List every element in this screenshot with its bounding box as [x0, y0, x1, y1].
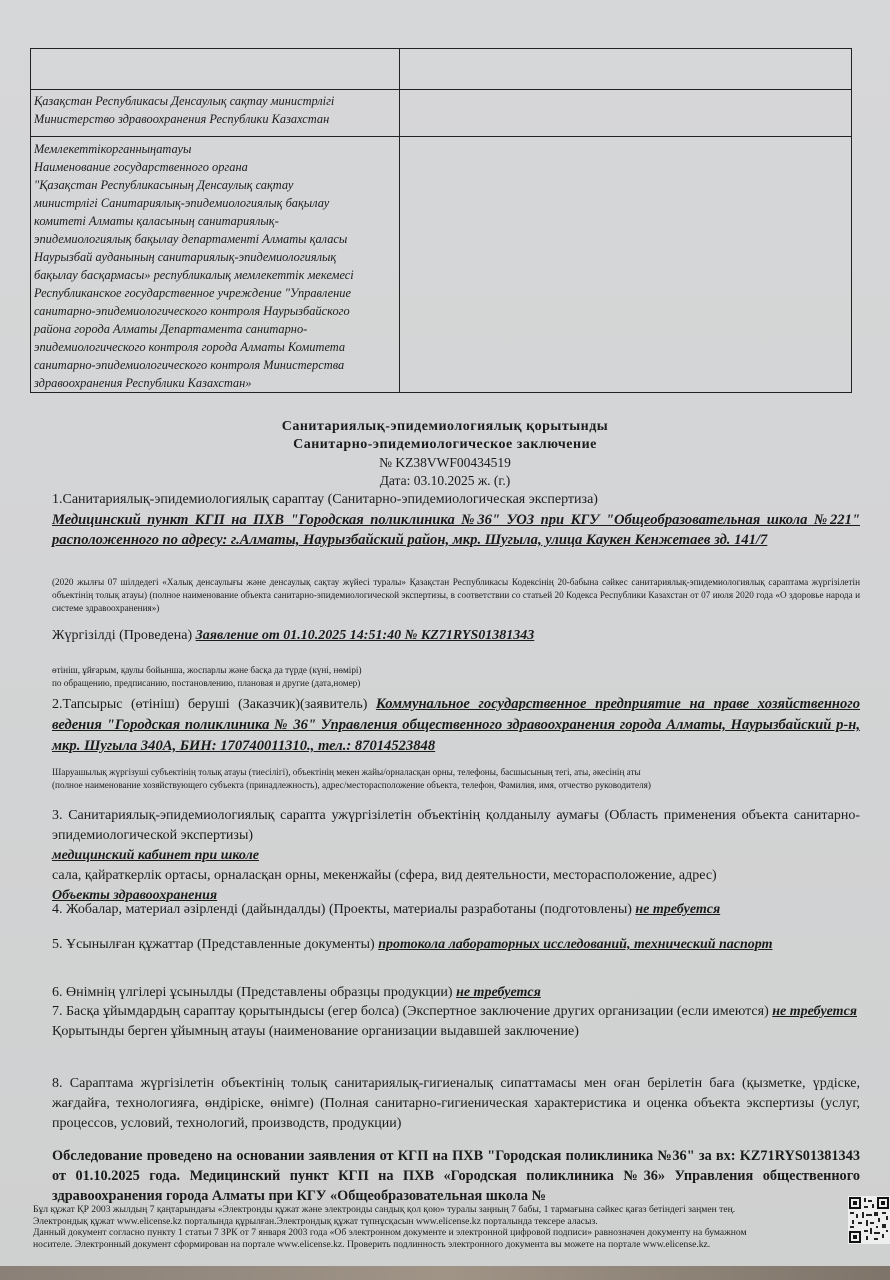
organ-name-line: "Қазақстан Республикасының Денсаулық сақ… — [34, 176, 396, 194]
section-5-label: 5. Ұсынылған құжаттар (Представленные до… — [52, 937, 375, 952]
title-ru: Санитарно-эпидемиологическое заключение — [0, 436, 890, 454]
organ-name-line: здравоохранения Республики Казахстан» — [34, 374, 396, 392]
footer-disclaimer: Бұл құжат ҚР 2003 жылдың 7 қаңтарындағы … — [33, 1204, 823, 1250]
section-5: 5. Ұсынылған құжаттар (Представленные до… — [52, 935, 860, 955]
organ-name-line: Наурызбай ауданының санитариялық-эпидеми… — [34, 248, 396, 266]
ministry-name-ru: Министерство здравоохранения Республики … — [34, 110, 396, 128]
section-1-label: 1.Санитариялық-эпидемиологиялық сараптау… — [52, 490, 860, 510]
ministry-name-kz: Қазақстан Республикасы Денсаулық сақтау … — [34, 92, 396, 110]
footer-line: Электрондық құжат www.elicense.kz портал… — [33, 1216, 823, 1228]
organ-name-line: эпидемиологиялық бақылау департаменті Ал… — [34, 230, 396, 248]
section-2: 2.Тапсырыс (өтініш) беруші (Заказчик)(за… — [52, 694, 860, 757]
section-2-label: 2.Тапсырыс (өтініш) беруші (Заказчик)(за… — [52, 697, 367, 712]
title-kz: Санитариялық-эпидемиологиялық қорытынды — [0, 418, 890, 436]
section-1-value: Медицинский пункт КГП на ПХВ "Городская … — [52, 510, 860, 550]
footer-line: Бұл құжат ҚР 2003 жылдың 7 қаңтарындағы … — [33, 1204, 823, 1216]
section-8-body: Обследование проведено на основании заяв… — [52, 1146, 860, 1206]
conducted-note-ru: по обращению, предписанию, постановлению… — [52, 677, 860, 690]
section-2-note-ru: (полное наименование хозяйствующего субъ… — [52, 779, 860, 792]
organ-name-line: района города Алматы Департамента санита… — [34, 320, 396, 338]
section-5-value: протокола лабораторных исследований, тех… — [378, 937, 772, 952]
document-page: Қазақстан Республикасы Денсаулық сақтау … — [0, 0, 890, 1268]
section-3-label: 3. Санитариялық-эпидемиологиялық сарапта… — [52, 806, 860, 846]
footer-line: Данный документ согласно пункту 1 статьи… — [33, 1227, 823, 1239]
section-7-label: 7. Басқа ұйымдардың сараптау қорытындысы… — [52, 1004, 769, 1019]
organ-label-kz: Мемлекеттікорганныңатауы — [34, 140, 396, 158]
conducted-value: Заявление от 01.10.2025 14:51:40 № KZ71R… — [196, 628, 535, 643]
section-2-note: Шаруашылық жүргізуші субъектінің толық а… — [52, 766, 860, 792]
section-3-value: медицинский кабинет при школе — [52, 846, 860, 866]
ministry-cell: Қазақстан Республикасы Денсаулық сақтау … — [31, 90, 400, 137]
section-2-note-kz: Шаруашылық жүргізуші субъектінің толық а… — [52, 766, 860, 779]
state-organ-cell: Мемлекеттікорганныңатауы Наименование го… — [31, 137, 400, 393]
section-3: 3. Санитариялық-эпидемиологиялық сарапта… — [52, 806, 860, 906]
organ-name-line: санитарно-эпидемиологического контроля Н… — [34, 302, 396, 320]
organ-name-line: бақылау басқармасы» республикалық мемлек… — [34, 266, 396, 284]
section-1: 1.Санитариялық-эпидемиологиялық сараптау… — [52, 490, 860, 550]
desk-surface — [0, 1266, 890, 1280]
section-6-value: не требуется — [456, 985, 541, 1000]
organ-name-line: Республиканское государственное учрежден… — [34, 284, 396, 302]
section-6-label: 6. Өнімнің үлгілері ұсынылды (Представле… — [52, 985, 453, 1000]
organ-name-line: эпидемиологического контроля города Алма… — [34, 338, 396, 356]
document-number: № KZ38VWF00434519 — [0, 454, 890, 472]
organ-name-line: комитеті Алматы қаласының санитариялық- — [34, 212, 396, 230]
section-4-label: 4. Жобалар, материал әзірленді (дайындал… — [52, 902, 632, 917]
section-4: 4. Жобалар, материал әзірленді (дайындал… — [52, 900, 860, 920]
organ-label-ru: Наименование государственного органа — [34, 158, 396, 176]
header-cell-top-left — [31, 49, 400, 90]
section-8-label: 8. Сараптама жүргізілетін объектінің тол… — [52, 1074, 860, 1134]
footer-line: носителе. Электронный документ сформиров… — [33, 1239, 823, 1251]
conducted-note-kz: өтініш, ұйғарым, қаулы бойынша, жоспарлы… — [52, 664, 860, 677]
section-4-value: не требуется — [635, 902, 720, 917]
section-1-note: (2020 жылғы 07 шілдедегі «Халық денсаулы… — [52, 576, 860, 615]
section-7-org-label: Қорытынды берген ұйымның атауы (наименов… — [52, 1022, 860, 1042]
header-table: Қазақстан Республикасы Денсаулық сақтау … — [30, 48, 852, 393]
section-7-value: не требуется — [772, 1004, 857, 1019]
conducted-note: өтініш, ұйғарым, қаулы бойынша, жоспарлы… — [52, 664, 860, 690]
section-8: 8. Сараптама жүргізілетін объектінің тол… — [52, 1074, 860, 1206]
document-title-block: Санитариялық-эпидемиологиялық қорытынды … — [0, 418, 890, 490]
organ-name-line: санитарно-эпидемиологического контроля М… — [34, 356, 396, 374]
conducted-row: Жүргізілді (Проведена) Заявление от 01.1… — [52, 626, 860, 646]
qr-code-icon — [848, 1196, 890, 1244]
header-cell-right-2 — [400, 90, 852, 137]
section-6: 6. Өнімнің үлгілері ұсынылды (Представле… — [52, 983, 860, 1003]
organ-name-line: министрлігі Санитариялық-эпидемиологиялы… — [34, 194, 396, 212]
document-date: Дата: 03.10.2025 ж. (г.) — [0, 472, 890, 490]
section-7: 7. Басқа ұйымдардың сараптау қорытындысы… — [52, 1002, 860, 1042]
header-cell-right-3 — [400, 137, 852, 393]
header-cell-top-right — [400, 49, 852, 90]
section-3-sublabel: сала, қайраткерлік ортасы, орналасқан ор… — [52, 866, 860, 886]
conducted-label: Жүргізілді (Проведена) — [52, 628, 192, 643]
